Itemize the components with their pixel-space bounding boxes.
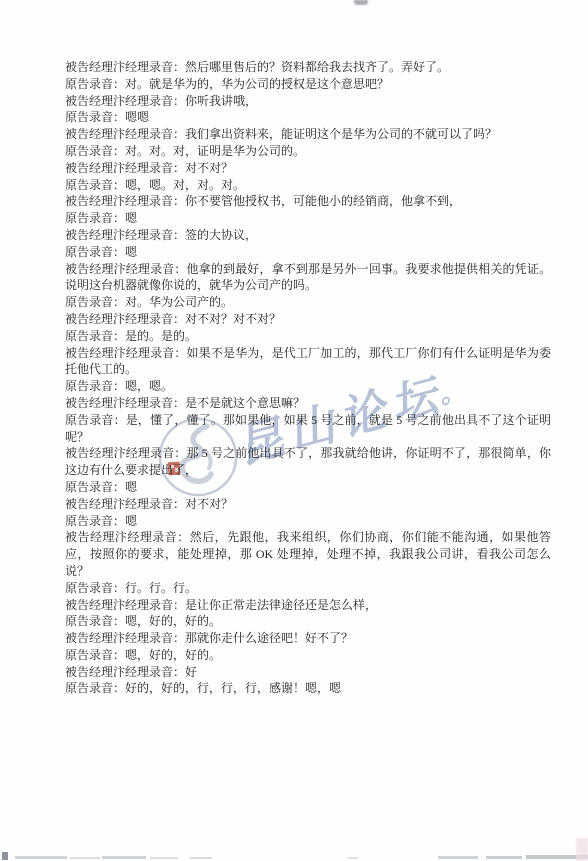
transcript-line: 被告经理汴经理录音：签的大协议， xyxy=(65,227,551,244)
scan-artifact xyxy=(15,856,67,859)
scan-artifact xyxy=(438,856,478,859)
transcript-line: 原告录音：行。行。行。 xyxy=(65,580,551,597)
scanned-document-page: 昆山论坛。 被告经理汴经理录音：然后哪里售后的？资料都给我去找齐了。弄好了。原告… xyxy=(0,0,588,861)
speaker-label: 原告录音： xyxy=(65,77,125,91)
transcript-line: 原告录音：嗯 xyxy=(65,513,551,530)
scan-artifact xyxy=(2,852,8,860)
speaker-label: 原告录音： xyxy=(65,681,125,695)
speaker-label: 原告录音： xyxy=(65,295,125,309)
speaker-label: 被告经理汴经理录音： xyxy=(65,262,187,276)
speaker-label: 原告录音： xyxy=(65,480,125,494)
scan-artifact xyxy=(486,856,522,859)
speaker-label: 原告录音： xyxy=(65,514,125,528)
speaker-label: 被告经理汴经理录音： xyxy=(65,60,185,74)
speaker-label: 原告录音： xyxy=(65,581,125,595)
transcript-line: 原告录音：对。对。对，证明是华为公司的。 xyxy=(65,143,551,160)
transcript-line: 原告录音：嗯 xyxy=(65,479,551,496)
scan-artifact xyxy=(348,857,358,859)
speaker-label: 被告经理汴经理录音： xyxy=(65,446,187,460)
speaker-label: 被告经理汴经理录音： xyxy=(65,312,185,326)
speaker-label: 原告录音： xyxy=(65,245,125,259)
transcript-line: 原告录音：嗯，好的，好的。 xyxy=(65,613,551,630)
speaker-label: 被告经理汴经理录音： xyxy=(65,598,185,612)
transcript-line: 原告录音：是的。是的。 xyxy=(65,328,551,345)
transcript-line: 被告经理汴经理录音：我们拿出资料来，能证明这个是华为公司的不就可以了吗？ xyxy=(65,126,551,143)
transcript-line: 被告经理汴经理录音：他拿的到最好，拿不到那是另外一回事。我要求他提供相关的凭证。… xyxy=(65,261,551,295)
speaker-label: 原告录音： xyxy=(65,110,125,124)
transcript-line: 原告录音：嗯嗯 xyxy=(65,109,551,126)
transcript-line: 被告经理汴经理录音：你听我讲哦， xyxy=(65,93,551,110)
speaker-label: 原告录音： xyxy=(65,379,125,393)
speaker-label: 原告录音： xyxy=(65,144,125,158)
scan-artifact xyxy=(102,856,146,859)
transcript-line: 原告录音：是，懂了，懂了。那如果他，如果 5 号之前，就是 5 号之前他出具不了… xyxy=(65,412,551,446)
transcript-line: 被告经理汴经理录音：是不是就这个意思嘛？ xyxy=(65,395,551,412)
transcript-line: 被告经理汴经理录音：然后，先跟他，我来组织，你们协商，你们能不能沟通，如果他答应… xyxy=(65,529,551,579)
transcript-line: 被告经理汴经理录音：好 xyxy=(65,664,551,681)
speaker-label: 被告经理汴经理录音： xyxy=(65,94,185,108)
speaker-label: 原告录音： xyxy=(65,648,125,662)
transcript-line: 被告经理汴经理录音：那 5 号之前他出具不了，那我就给他讲，你证明不了，那很简单… xyxy=(65,445,551,479)
transcript-line: 原告录音：嗯，嗯。 xyxy=(65,378,551,395)
scan-smudge-top xyxy=(354,0,368,5)
speaker-label: 被告经理汴经理录音： xyxy=(65,631,185,645)
scan-artifact xyxy=(190,857,212,859)
speaker-label: 原告录音： xyxy=(65,413,126,427)
transcript-line: 被告经理汴经理录音：对不对？ xyxy=(65,160,551,177)
speaker-label: 被告经理汴经理录音： xyxy=(65,346,187,360)
speaker-label: 原告录音： xyxy=(65,178,125,192)
speaker-label: 原告录音： xyxy=(65,329,125,343)
transcript-line: 原告录音：嗯，嗯。对，对。对。 xyxy=(65,177,551,194)
transcript-line: 被告经理汴经理录音：然后哪里售后的？资料都给我去找齐了。弄好了。 xyxy=(65,59,551,76)
transcript: 被告经理汴经理录音：然后哪里售后的？资料都给我去找齐了。弄好了。原告录音：对。就… xyxy=(65,59,551,697)
transcript-line: 被告经理汴经理录音：你不要管他授权书，可能他小的经销商，他拿不到， xyxy=(65,193,551,210)
scan-artifact xyxy=(576,838,588,861)
transcript-line: 被告经理汴经理录音：那就你走什么途径吧！好不了？ xyxy=(65,630,551,647)
speaker-label: 被告经理汴经理录音： xyxy=(65,396,185,410)
transcript-line: 被告经理汴经理录音：对不对？ xyxy=(65,496,551,513)
speaker-label: 被告经理汴经理录音： xyxy=(65,665,185,679)
speaker-label: 被告经理汴经理录音： xyxy=(65,228,185,242)
transcript-line: 原告录音：嗯 xyxy=(65,210,551,227)
transcript-line: 原告录音：嗯，好的，好的。 xyxy=(65,647,551,664)
transcript-line: 原告录音：对。华为公司产的。 xyxy=(65,294,551,311)
transcript-line: 被告经理汴经理录音：是让你正常走法律途径还是怎么样， xyxy=(65,597,551,614)
speaker-label: 被告经理汴经理录音： xyxy=(65,127,185,141)
scan-artifact xyxy=(150,857,178,859)
transcript-line: 被告经理汴经理录音：对不对？对不对？ xyxy=(65,311,551,328)
transcript-line: 原告录音：对。就是华为的，华为公司的授权是这个意思吧？ xyxy=(65,76,551,93)
scan-artifact xyxy=(70,857,100,859)
transcript-line: 被告经理汴经理录音：如果不是华为，是代工厂加工的，那代工厂你们有什么证明是华为委… xyxy=(65,345,551,379)
speaker-label: 被告经理汴经理录音： xyxy=(65,194,185,208)
speaker-label: 被告经理汴经理录音： xyxy=(65,530,190,544)
speaker-label: 被告经理汴经理录音： xyxy=(65,497,185,511)
transcript-line: 原告录音：嗯 xyxy=(65,244,551,261)
speaker-label: 原告录音： xyxy=(65,211,125,225)
speaker-label: 原告录音： xyxy=(65,614,125,628)
speaker-label: 被告经理汴经理录音： xyxy=(65,161,185,175)
transcript-line: 原告录音：好的，好的，行，行，行，感谢！嗯，嗯 xyxy=(65,680,551,697)
